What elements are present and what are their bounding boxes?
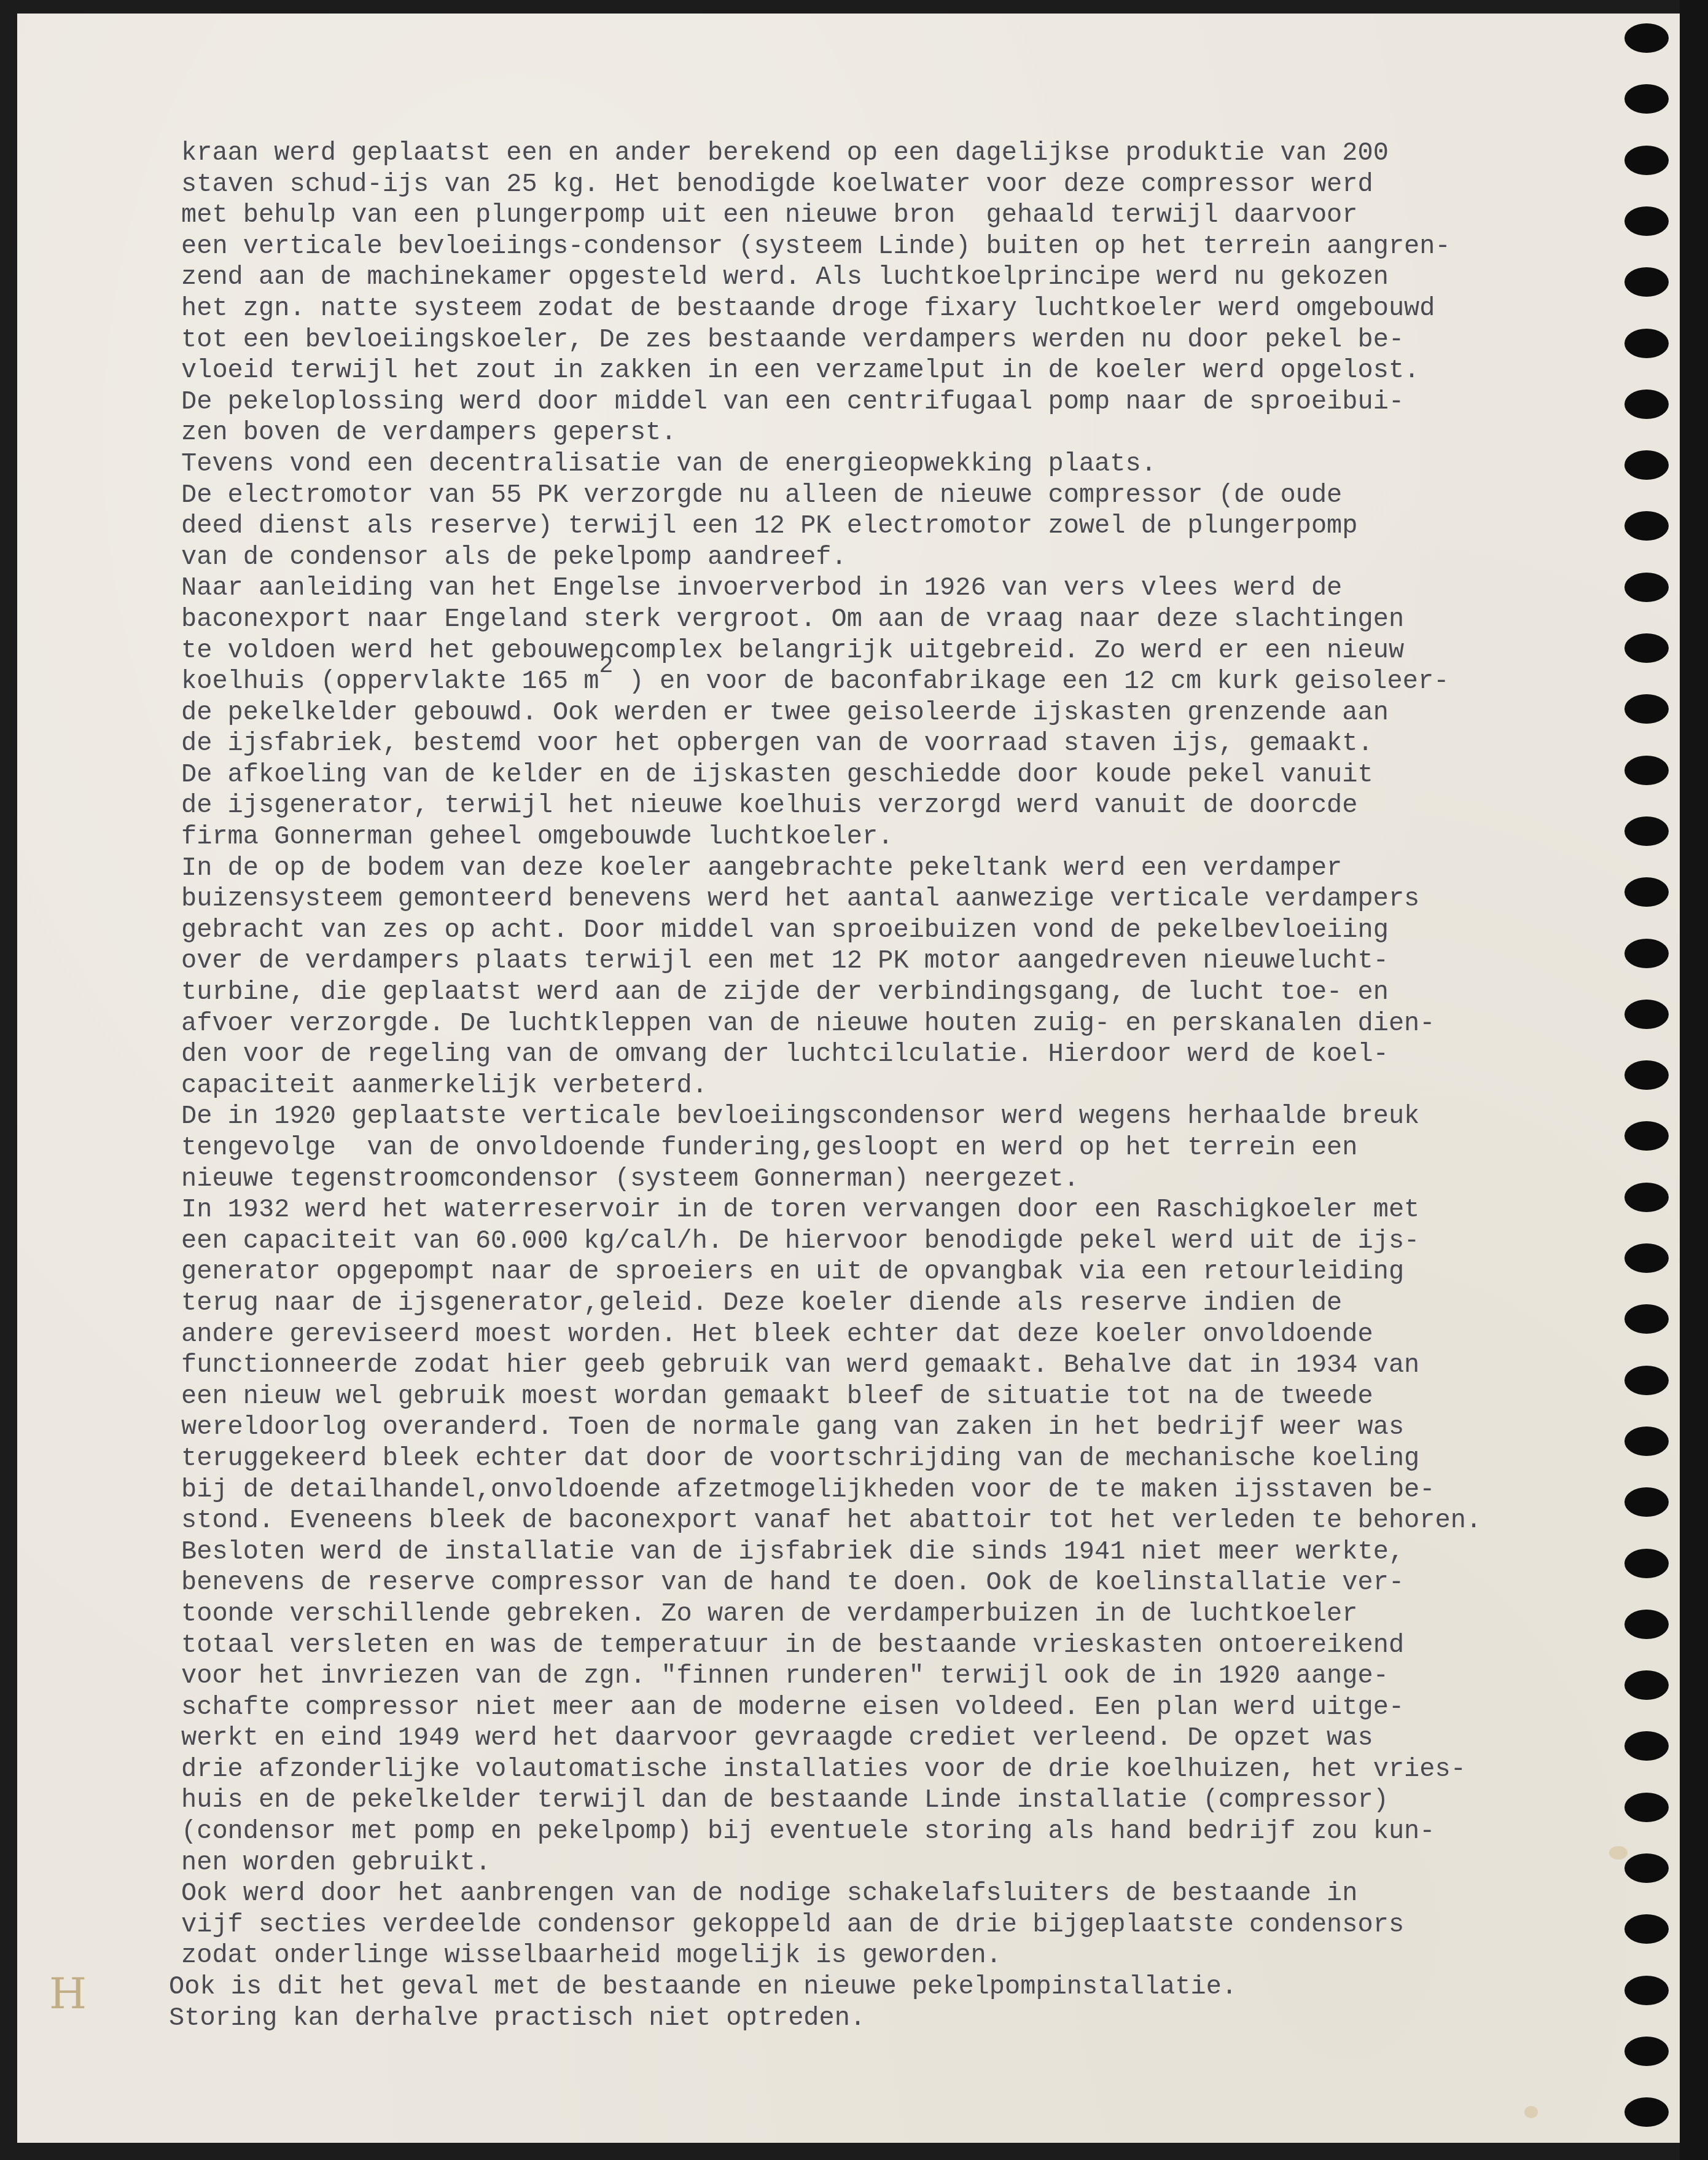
text-line: buizensysteem gemonteerd benevens werd h… [181,883,1481,915]
text-line: nieuwe tegenstroomcondensor (systeem Gon… [181,1164,1481,1195]
text-line: deed dienst als reserve) terwijl een 12 … [181,511,1481,542]
text-line: zend aan de machinekamer opgesteld werd.… [181,262,1481,293]
text-line: firma Gonnerman geheel omgebouwde luchtk… [181,821,1481,853]
text-line: een capaciteit van 60.000 kg/cal/h. De h… [181,1226,1481,1257]
text-line: over de verdampers plaats terwijl een me… [181,945,1481,977]
text-line: koelhuis (oppervlakte 165 m2 ) en voor d… [181,666,1481,697]
text-line: vijf secties verdeelde condensor gekoppe… [181,1909,1481,1941]
text-line: totaal versleten en was de temperatuur i… [181,1630,1481,1661]
text-line: Ook werd door het aanbrengen van de nodi… [181,1878,1481,1909]
text-line: zodat onderlinge wisselbaarheid mogelijk… [181,1940,1481,1971]
text-line: stond. Eveneens bleek de baconexport van… [181,1505,1481,1536]
text-line: andere gereviseerd moest worden. Het ble… [181,1319,1481,1350]
text-line: In de op de bodem van deze koeler aangeb… [181,853,1481,884]
foxing-spot [1609,1846,1628,1860]
text-line: voor het invriezen van de zgn. "finnen r… [181,1661,1481,1692]
text-line: toonde verschillende gebreken. Zo waren … [181,1598,1481,1630]
foxing-spot [1524,2106,1538,2118]
text-line: schafte compressor niet meer aan de mode… [181,1692,1481,1723]
text-line: huis en de pekelkelder terwijl dan de be… [181,1785,1481,1816]
text-line: generator opgepompt naar de sproeiers en… [181,1256,1481,1288]
text-line: wereldoorlog overanderd. Toen de normale… [181,1412,1481,1443]
text-line: staven schud-ijs van 25 kg. Het benodigd… [181,169,1481,200]
margin-mark: H [49,1969,77,2018]
text-line: In 1932 werd het waterreservoir in de to… [181,1194,1481,1226]
text-line: te voldoen werd het gebouwencomplex bela… [181,635,1481,667]
text-line: van de condensor als de pekelpomp aandre… [181,542,1481,573]
text-line: De pekeloplossing werd door middel van e… [181,386,1481,418]
text-line: de pekelkelder gebouwd. Ook werden er tw… [181,697,1481,729]
text-line: bij de detailhandel,onvoldoende afzetmog… [181,1474,1481,1506]
text-line: teruggekeerd bleek echter dat door de vo… [181,1443,1481,1474]
text-line: tot een bevloeiingskoeler, De zes bestaa… [181,324,1481,356]
text-line: met behulp van een plungerpomp uit een n… [181,200,1481,231]
text-line: zen boven de verdampers geperst. [181,417,1481,448]
text-line: Tevens vond een decentralisatie van de e… [181,448,1481,480]
text-line: een verticale bevloeiings-condensor (sys… [181,231,1481,262]
text-line: het zgn. natte systeem zodat de bestaand… [181,293,1481,324]
text-line: baconexport naar Engeland sterk vergroot… [181,604,1481,635]
text-line: De electromotor van 55 PK verzorgde nu a… [181,480,1481,511]
text-line: den voor de regeling van de omvang der l… [181,1039,1481,1070]
text-line: De afkoeling van de kelder en de ijskast… [181,759,1481,791]
text-line: (condensor met pomp en pekelpomp) bij ev… [181,1816,1481,1847]
text-line: functionneerde zodat hier geeb gebruik v… [181,1350,1481,1381]
text-line: terug naar de ijsgenerator,geleid. Deze … [181,1288,1481,1319]
text-line: Storing kan derhalve practisch niet optr… [169,2003,1481,2034]
text-line: Naar aanleiding van het Engelse invoerve… [181,573,1481,604]
text-line: benevens de reserve compressor van de ha… [181,1567,1481,1598]
text-line: De in 1920 geplaatste verticale bevloeii… [181,1101,1481,1132]
text-line: afvoer verzorgde. De luchtkleppen van de… [181,1008,1481,1039]
text-line: turbine, die geplaatst werd aan de zijde… [181,977,1481,1008]
text-line: nen worden gebruikt. [181,1847,1481,1879]
text-line: Besloten werd de installatie van de ijsf… [181,1536,1481,1568]
text-line: kraan werd geplaatst een en ander bereke… [181,138,1481,169]
text-line: werkt en eind 1949 werd het daarvoor gev… [181,1723,1481,1754]
text-line: de ijsfabriek, bestemd voor het opbergen… [181,728,1481,759]
text-line: vloeid terwijl het zout in zakken in een… [181,355,1481,386]
text-line: een nieuw wel gebruik moest wordan gemaa… [181,1381,1481,1412]
superscript-two: 2 [599,653,614,679]
text-line: Ook is dit het geval met de bestaande en… [169,1971,1481,2003]
text-line: de ijsgenerator, terwijl het nieuwe koel… [181,790,1481,821]
text-line: drie afzonderlijke volautomatische insta… [181,1754,1481,1785]
scan-border-right [1680,0,1708,2160]
text-line: tengevolge van de onvoldoende fundering,… [181,1132,1481,1164]
typewritten-text-body: kraan werd geplaatst een en ander bereke… [181,138,1481,2033]
text-line: gebracht van zes op acht. Door middel va… [181,915,1481,946]
text-line: capaciteit aanmerkelijk verbeterd. [181,1070,1481,1102]
